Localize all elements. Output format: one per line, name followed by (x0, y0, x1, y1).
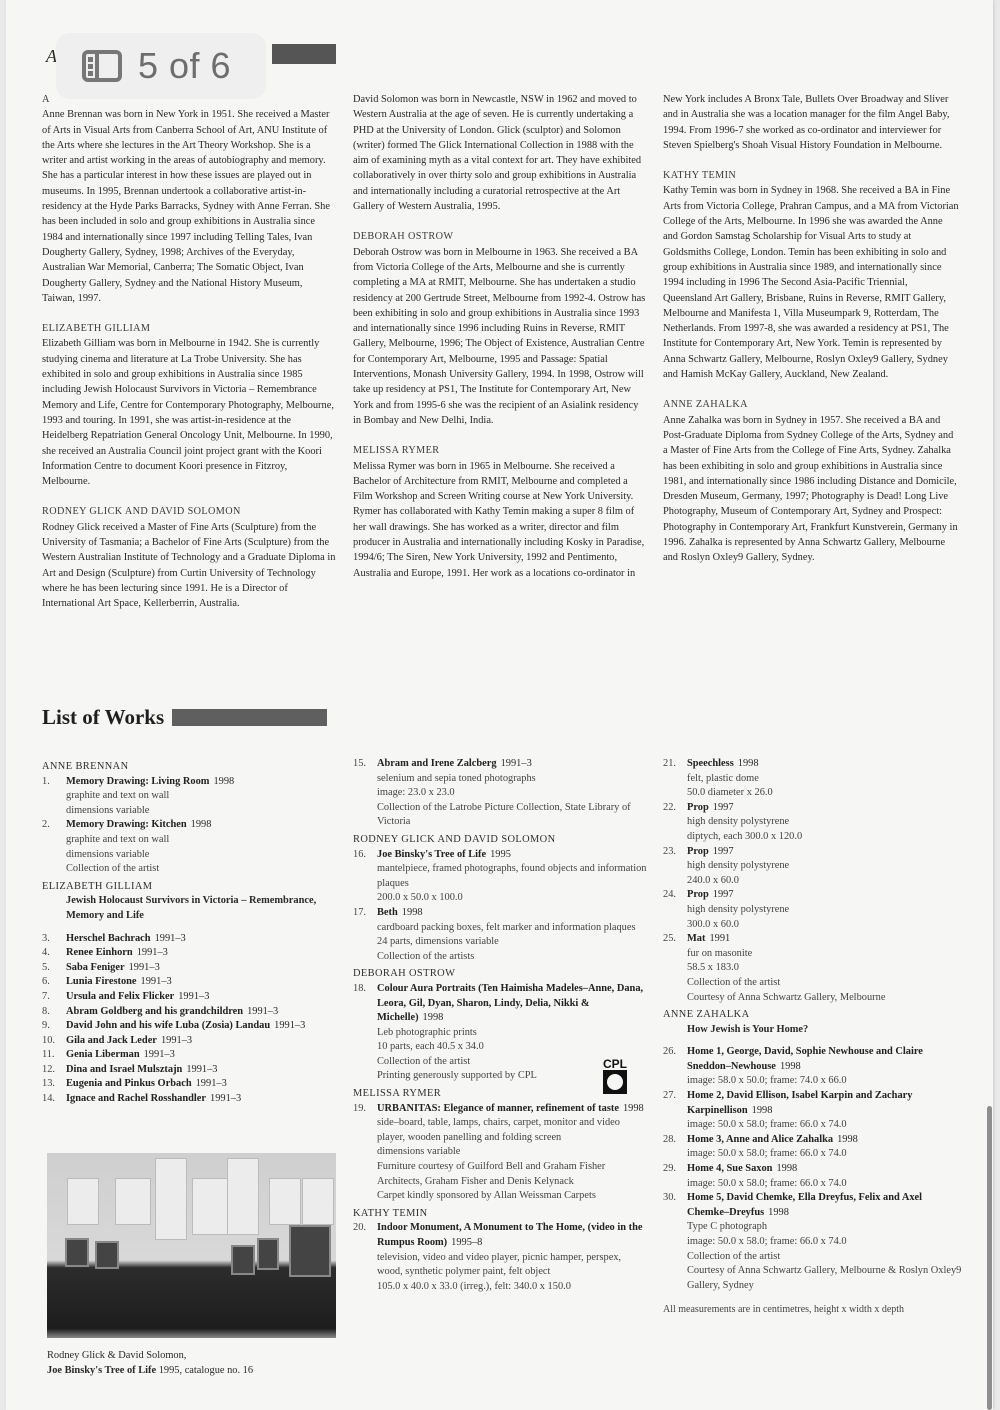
bio-heading: MELISSA RYMER (353, 443, 649, 458)
cpl-logo-text: CPL (603, 1058, 635, 1070)
work-title: Dina and Israel Mulsztajn (66, 1064, 182, 1075)
work-item: 17.Beth1998cardboard packing boxes, felt… (353, 906, 649, 964)
list-of-works-heading: List of Works (42, 705, 327, 730)
work-detail: selenium and sepia toned photographs (377, 772, 649, 787)
work-detail: high density polystyrene (687, 903, 963, 918)
work-number: 17. (353, 906, 377, 964)
works-series-title: Jewish Holocaust Survivors in Victoria –… (42, 894, 342, 923)
works-artist-heading: KATHY TEMIN (353, 1207, 649, 1222)
bio-column-1: A Anne Brennan was born in New York in 1… (42, 92, 337, 627)
work-item: 13.Eugenia and Pinkus Orbach1991–3 (42, 1077, 342, 1092)
installation-photo (47, 1153, 336, 1338)
work-year: 1991–3 (141, 976, 172, 987)
work-number: 23. (663, 845, 687, 889)
work-title: Genia Liberman (66, 1049, 140, 1060)
decorative-bar (272, 44, 336, 64)
work-detail: graphite and text on wall (66, 833, 342, 848)
caption-title: Joe Binsky's Tree of Life (47, 1365, 156, 1376)
work-year: 1991–3 (501, 758, 532, 769)
bio-heading: RODNEY GLICK AND DAVID SOLOMON (42, 504, 337, 519)
work-title: Home 4, Sue Saxon (687, 1163, 772, 1174)
work-number: 11. (42, 1048, 66, 1063)
works-column-1: ANNE BRENNAN1.Memory Drawing: Living Roo… (42, 757, 342, 1107)
work-title: Mat (687, 933, 705, 944)
work-title: Herschel Bachrach (66, 933, 151, 944)
work-title: Beth (377, 907, 398, 918)
work-detail: Collection of the artist (687, 976, 963, 991)
work-detail: 58.5 x 183.0 (687, 961, 963, 976)
work-title: Home 3, Anne and Alice Zahalka (687, 1134, 833, 1145)
caption-artists: Rodney Glick & David Solomon, (47, 1348, 253, 1363)
work-detail: dimensions variable (66, 804, 342, 819)
work-item: 12.Dina and Israel Mulsztajn1991–3 (42, 1063, 342, 1078)
work-title: Memory Drawing: Kitchen (66, 819, 187, 830)
work-year: 1998 (623, 1103, 644, 1114)
work-year: 1991–3 (137, 947, 168, 958)
work-year: 1998 (776, 1163, 797, 1174)
work-number: 27. (663, 1089, 687, 1133)
works-artist-heading: ELIZABETH GILLIAM (42, 880, 342, 895)
work-year: 1998 (213, 776, 234, 787)
work-detail: high density polystyrene (687, 859, 963, 874)
bio-melissa-rymer-cont: New York includes A Bronx Tale, Bullets … (663, 92, 959, 153)
work-detail: 24 parts, dimensions variable (377, 935, 649, 950)
work-year: 1998 (738, 758, 759, 769)
work-detail: 50.0 diameter x 26.0 (687, 786, 963, 801)
work-year: 1997 (713, 889, 734, 900)
work-detail: Courtesy of Anna Schwartz Gallery, Melbo… (687, 991, 963, 1006)
work-item: 1.Memory Drawing: Living Room1998graphit… (42, 775, 342, 819)
bio-heading: KATHY TEMIN (663, 168, 959, 183)
work-title: David John and his wife Luba (Zosia) Lan… (66, 1020, 270, 1031)
work-number: 24. (663, 888, 687, 932)
work-number: 9. (42, 1019, 66, 1034)
work-item: 11.Genia Liberman1991–3 (42, 1048, 342, 1063)
work-detail: television, video and video player, picn… (377, 1251, 649, 1280)
cpl-logo-circle-icon (603, 1070, 627, 1094)
work-year: 1995–8 (451, 1237, 482, 1248)
work-number: 7. (42, 990, 66, 1005)
work-item: 29.Home 4, Sue Saxon1998image: 50.0 x 58… (663, 1162, 963, 1191)
work-detail: 105.0 x 40.0 x 33.0 (irreg.), felt: 340.… (377, 1280, 649, 1295)
work-item: 26.Home 1, George, David, Sophie Newhous… (663, 1045, 963, 1089)
work-item: 20.Indoor Monument, A Monument to The Ho… (353, 1221, 649, 1294)
work-item: 25.Mat1991fur on masonite58.5 x 183.0Col… (663, 932, 963, 1005)
works-artist-heading: RODNEY GLICK AND DAVID SOLOMON (353, 833, 649, 848)
work-detail: 240.0 x 60.0 (687, 874, 963, 889)
work-detail: 200.0 x 50.0 x 100.0 (377, 891, 649, 906)
work-item: 7.Ursula and Felix Flicker1991–3 (42, 990, 342, 1005)
work-title: Abram and Irene Zalcberg (377, 758, 497, 769)
works-artist-heading: ANNE ZAHALKA (663, 1008, 963, 1023)
work-item: 4.Renee Einhorn1991–3 (42, 946, 342, 961)
work-item: 8.Abram Goldberg and his grandchildren19… (42, 1005, 342, 1020)
works-series-title: How Jewish is Your Home? (663, 1023, 963, 1038)
work-item: 19.URBANITAS: Elegance of manner, refine… (353, 1102, 649, 1204)
work-title: Joe Binsky's Tree of Life (377, 849, 486, 860)
work-year: 1991–3 (196, 1078, 227, 1089)
decorative-bar (172, 709, 327, 726)
bio-david-solomon-cont: David Solomon was born in Newcastle, NSW… (353, 92, 649, 214)
work-detail: Courtesy of Anna Schwartz Gallery, Melbo… (687, 1264, 963, 1293)
work-detail: Collection of the artists (377, 950, 649, 965)
work-detail: 10 parts, each 40.5 x 34.0 (377, 1040, 649, 1055)
page-indicator: 5 of 6 (138, 45, 231, 87)
works-column-2: 15.Abram and Irene Zalcberg1991–3seleniu… (353, 757, 649, 1294)
bio-column-2: David Solomon was born in Newcastle, NSW… (353, 92, 649, 596)
work-item: 21.Speechless1998felt, plastic dome50.0 … (663, 757, 963, 801)
work-detail: image: 50.0 x 58.0; frame: 66.0 x 74.0 (687, 1147, 963, 1162)
work-title: Ignace and Rachel Rosshandler (66, 1093, 206, 1104)
work-year: 1991–3 (155, 933, 186, 944)
work-number: 4. (42, 946, 66, 961)
work-title: Home 2, David Ellison, Isabel Karpin and… (687, 1090, 912, 1116)
bio-text: Anne Zahalka was born in Sydney in 1957.… (663, 413, 959, 566)
work-detail: dimensions variable (66, 848, 342, 863)
bio-column-3: New York includes A Bronx Tale, Bullets … (663, 92, 959, 581)
work-item: 22.Prop1997high density polystyrenedipty… (663, 801, 963, 845)
work-number: 3. (42, 932, 66, 947)
work-number: 10. (42, 1034, 66, 1049)
work-item: 6.Lunia Firestone1991–3 (42, 975, 342, 990)
work-year: 1991–3 (247, 1006, 278, 1017)
bio-deborah-ostrow: DEBORAH OSTROW Deborah Ostrow was born i… (353, 229, 649, 428)
work-item: 2.Memory Drawing: Kitchen1998graphite an… (42, 818, 342, 876)
work-year: 1998 (768, 1207, 789, 1218)
work-title: Prop (687, 889, 709, 900)
work-title: URBANITAS: Elegance of manner, refinemen… (377, 1103, 619, 1114)
work-title: Abram Goldberg and his grandchildren (66, 1006, 243, 1017)
work-number: 1. (42, 775, 66, 819)
work-number: 13. (42, 1077, 66, 1092)
work-item: 3.Herschel Bachrach1991–3 (42, 932, 342, 947)
work-number: 16. (353, 848, 377, 906)
work-title: Lunia Firestone (66, 976, 137, 987)
work-item: 24.Prop1997high density polystyrene300.0… (663, 888, 963, 932)
vertical-scrollbar[interactable] (987, 1106, 992, 1410)
photo-caption: Rodney Glick & David Solomon, Joe Binsky… (47, 1348, 253, 1378)
work-title: Ursula and Felix Flicker (66, 991, 174, 1002)
work-title: Home 1, George, David, Sophie Newhouse a… (687, 1046, 923, 1072)
work-number: 8. (42, 1005, 66, 1020)
work-detail: image: 58.0 x 50.0; frame: 74.0 x 66.0 (687, 1074, 963, 1089)
work-item: 30.Home 5, David Chemke, Ella Dreyfus, F… (663, 1191, 963, 1293)
work-detail: Collection of the artist (687, 1250, 963, 1265)
work-detail: graphite and text on wall (66, 789, 342, 804)
bio-text: Elizabeth Gilliam was born in Melbourne … (42, 336, 337, 489)
bio-heading: ELIZABETH GILLIAM (42, 321, 337, 336)
work-item: 15.Abram and Irene Zalcberg1991–3seleniu… (353, 757, 649, 830)
work-detail: Collection of the artist (66, 862, 342, 877)
work-number: 18. (353, 982, 377, 1084)
work-item: 23.Prop1997high density polystyrene240.0… (663, 845, 963, 889)
work-detail: fur on masonite (687, 947, 963, 962)
work-title: Eugenia and Pinkus Orbach (66, 1078, 192, 1089)
work-item: 14.Ignace and Rachel Rosshandler1991–3 (42, 1092, 342, 1107)
work-detail: image: 50.0 x 58.0; frame: 66.0 x 74.0 (687, 1118, 963, 1133)
work-year: 1991–3 (210, 1093, 241, 1104)
bio-text: Kathy Temin was born in Sydney in 1968. … (663, 183, 959, 382)
work-year: 1998 (752, 1105, 773, 1116)
work-detail: dimensions variable (377, 1145, 649, 1160)
work-detail: side–board, table, lamps, chairs, carpet… (377, 1116, 649, 1145)
list-of-works-title: List of Works (42, 705, 164, 730)
work-item: 10.Gila and Jack Leder1991–3 (42, 1034, 342, 1049)
work-number: 15. (353, 757, 377, 830)
bio-melissa-rymer: MELISSA RYMER Melissa Rymer was born in … (353, 443, 649, 581)
bio-anne-zahalka: ANNE ZAHALKA Anne Zahalka was born in Sy… (663, 397, 959, 565)
page-indicator-overlay[interactable]: 5 of 6 (56, 33, 266, 99)
bio-heading: ANNE ZAHALKA (663, 397, 959, 412)
bio-text: David Solomon was born in Newcastle, NSW… (353, 92, 649, 214)
work-year: 1991 (709, 933, 730, 944)
work-year: 1995 (490, 849, 511, 860)
work-number: 20. (353, 1221, 377, 1294)
work-number: 28. (663, 1133, 687, 1162)
work-title: Prop (687, 802, 709, 813)
caption-details: 1995, catalogue no. 16 (159, 1365, 253, 1376)
work-number: 30. (663, 1191, 687, 1293)
work-year: 1998 (191, 819, 212, 830)
work-number: 12. (42, 1063, 66, 1078)
work-detail: Leb photographic prints (377, 1026, 649, 1041)
work-item: 5.Saba Feniger1991–3 (42, 961, 342, 976)
work-detail: image: 50.0 x 58.0; frame: 66.0 x 74.0 (687, 1235, 963, 1250)
work-year: 1997 (713, 802, 734, 813)
work-item: 16.Joe Binsky's Tree of Life1995mantelpi… (353, 848, 649, 906)
work-title: Gila and Jack Leder (66, 1035, 157, 1046)
work-number: 26. (663, 1045, 687, 1089)
work-number: 19. (353, 1102, 377, 1204)
work-title: Saba Feniger (66, 962, 125, 973)
work-title: Prop (687, 846, 709, 857)
cpl-sponsor-logo: CPL (603, 1058, 635, 1102)
work-detail: Type C photograph (687, 1220, 963, 1235)
work-number: 25. (663, 932, 687, 1005)
bio-kathy-temin: KATHY TEMIN Kathy Temin was born in Sydn… (663, 168, 959, 382)
work-detail: felt, plastic dome (687, 772, 963, 787)
work-number: 14. (42, 1092, 66, 1107)
work-detail: cardboard packing boxes, felt marker and… (377, 921, 649, 936)
work-number: 2. (42, 818, 66, 876)
work-item: 28.Home 3, Anne and Alice Zahalka1998ima… (663, 1133, 963, 1162)
bio-text: Anne Brennan was born in New York in 195… (42, 107, 337, 306)
document-page: A A Anne Brennan was born in New York in… (6, 0, 993, 1410)
work-detail: diptych, each 300.0 x 120.0 (687, 830, 963, 845)
work-number: 21. (663, 757, 687, 801)
work-title: Speechless (687, 758, 734, 769)
work-detail: image: 50.0 x 58.0; frame: 66.0 x 74.0 (687, 1177, 963, 1192)
work-title: Indoor Monument, A Monument to The Home,… (377, 1222, 642, 1248)
work-year: 1991–3 (274, 1020, 305, 1031)
work-year: 1991–3 (186, 1064, 217, 1075)
work-year: 1997 (713, 846, 734, 857)
work-year: 1998 (780, 1061, 801, 1072)
works-column-3: 21.Speechless1998felt, plastic dome50.0 … (663, 757, 963, 1318)
measurements-footnote: All measurements are in centimetres, hei… (663, 1303, 963, 1318)
work-number: 6. (42, 975, 66, 990)
bio-text: Deborah Ostrow was born in Melbourne in … (353, 245, 649, 429)
work-year: 1998 (402, 907, 423, 918)
sidebar-toggle-icon[interactable] (82, 50, 122, 82)
bio-anne-brennan: A Anne Brennan was born in New York in 1… (42, 92, 337, 306)
bio-glick-solomon: RODNEY GLICK AND DAVID SOLOMON Rodney Gl… (42, 504, 337, 611)
work-year: 1991–3 (129, 962, 160, 973)
work-detail: Furniture courtesy of Guilford Bell and … (377, 1160, 649, 1189)
work-item: 27.Home 2, David Ellison, Isabel Karpin … (663, 1089, 963, 1133)
work-item: 9.David John and his wife Luba (Zosia) L… (42, 1019, 342, 1034)
work-title: Memory Drawing: Living Room (66, 776, 209, 787)
work-year: 1991–3 (161, 1035, 192, 1046)
bio-text: New York includes A Bronx Tale, Bullets … (663, 92, 959, 153)
work-detail: Collection of the Latrobe Picture Collec… (377, 801, 649, 830)
work-title: Colour Aura Portraits (Ten Haimisha Made… (377, 983, 643, 1023)
bio-text: Melissa Rymer was born in 1965 in Melbou… (353, 459, 649, 581)
bio-heading: DEBORAH OSTROW (353, 229, 649, 244)
work-detail: 300.0 x 60.0 (687, 918, 963, 933)
work-year: 1991–3 (178, 991, 209, 1002)
work-detail: mantelpiece, framed photographs, found o… (377, 862, 649, 891)
work-year: 1998 (837, 1134, 858, 1145)
work-year: 1998 (423, 1012, 444, 1023)
bio-text: Rodney Glick received a Master of Fine A… (42, 520, 337, 612)
work-detail: image: 23.0 x 23.0 (377, 786, 649, 801)
work-year: 1991–3 (144, 1049, 175, 1060)
work-detail: Carpet kindly sponsored by Allan Weissma… (377, 1189, 649, 1204)
work-number: 5. (42, 961, 66, 976)
bio-elizabeth-gilliam: ELIZABETH GILLIAM Elizabeth Gilliam was … (42, 321, 337, 489)
works-artist-heading: ANNE BRENNAN (42, 760, 342, 775)
work-number: 22. (663, 801, 687, 845)
work-number: 29. (663, 1162, 687, 1191)
works-artist-heading: DEBORAH OSTROW (353, 967, 649, 982)
work-title: Renee Einhorn (66, 947, 133, 958)
work-detail: high density polystyrene (687, 815, 963, 830)
work-title: Home 5, David Chemke, Ella Dreyfus, Feli… (687, 1192, 922, 1218)
